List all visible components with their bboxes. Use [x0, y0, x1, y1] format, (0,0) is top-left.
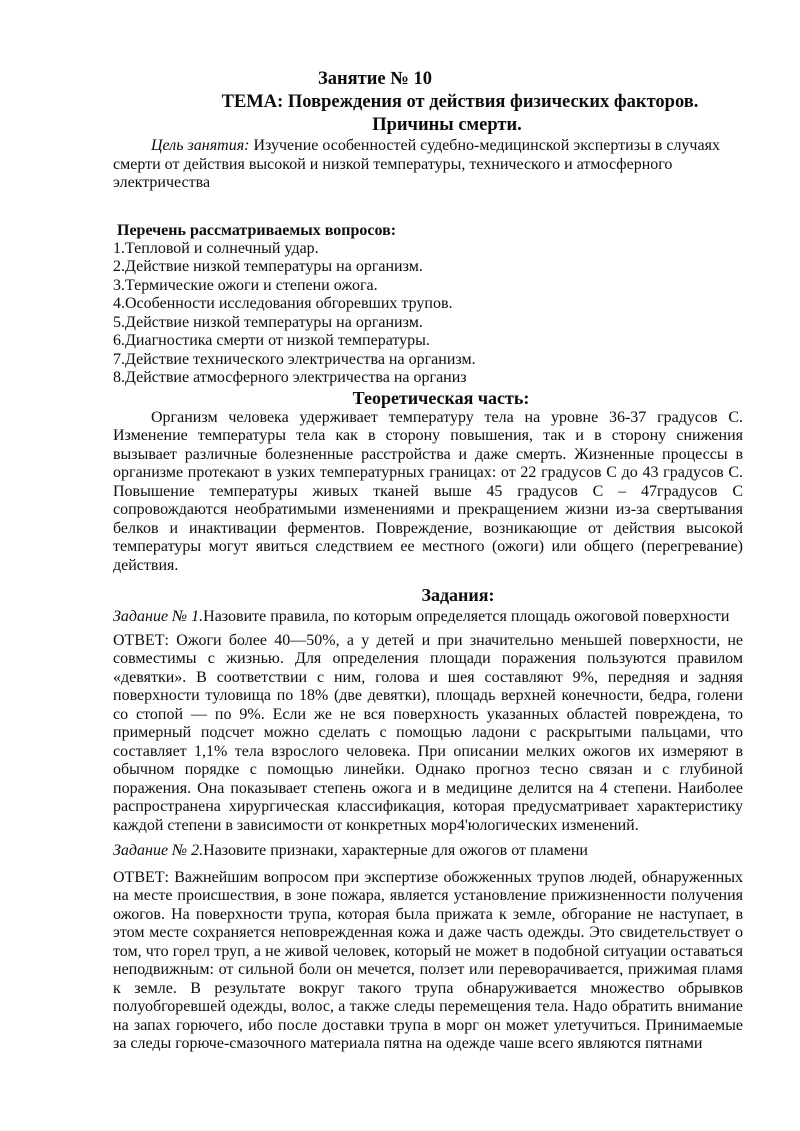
question-item-5: 5.Действие низкой температуры на организ…	[113, 314, 743, 333]
task2-line: Задание № 2.Назовите признаки, характерн…	[113, 842, 743, 861]
question-item-2: 2.Действие низкой температуры на организ…	[113, 258, 743, 277]
lesson-number-title: Занятие № 10	[60, 68, 690, 91]
theory-section-heading: Теоретическая часть:	[126, 388, 756, 409]
questions-list-heading: Перечень рассматриваемых вопросов:	[113, 221, 743, 240]
task2-label: Задание № 2.	[113, 842, 203, 859]
causes-of-death-subtitle: Причины смерти.	[132, 114, 762, 137]
tasks-section-heading: Задания:	[143, 585, 773, 606]
question-item-1: 1.Тепловой и солнечный удар.	[113, 240, 743, 259]
document-page: Занятие № 10 ТЕМА: Повреждения от действ…	[0, 0, 800, 1131]
question-item-3: 3.Термические ожоги и степени ожога.	[113, 277, 743, 296]
question-item-4: 4.Особенности исследования обгоревших тр…	[113, 295, 743, 314]
question-item-6: 6.Диагностика смерти от низкой температу…	[113, 332, 743, 351]
theme-title: ТЕМА: Повреждения от действия физических…	[145, 91, 775, 114]
goal-paragraph: Цель занятия: Изучение особенностей суде…	[113, 137, 743, 193]
task1-answer-paragraph: ОТВЕТ: Ожоги более 40—50%, а у детей и п…	[113, 632, 743, 836]
goal-label: Цель занятия:	[151, 137, 249, 154]
question-item-7: 7.Действие технического электричества на…	[113, 351, 743, 370]
task2-answer-paragraph: ОТВЕТ: Важнейшим вопросом при экспертизе…	[113, 869, 743, 1054]
theory-paragraph: Организм человека удерживает температуру…	[113, 409, 743, 576]
task2-question: Назовите признаки, характерные для ожого…	[203, 842, 588, 859]
task1-question: Назовите правила, по которым определяетс…	[203, 608, 729, 625]
task1-line: Задание № 1.Назовите правила, по которым…	[113, 608, 743, 627]
question-item-8: 8.Действие атмосферного электричества на…	[113, 369, 743, 388]
task1-label: Задание № 1.	[113, 608, 203, 625]
